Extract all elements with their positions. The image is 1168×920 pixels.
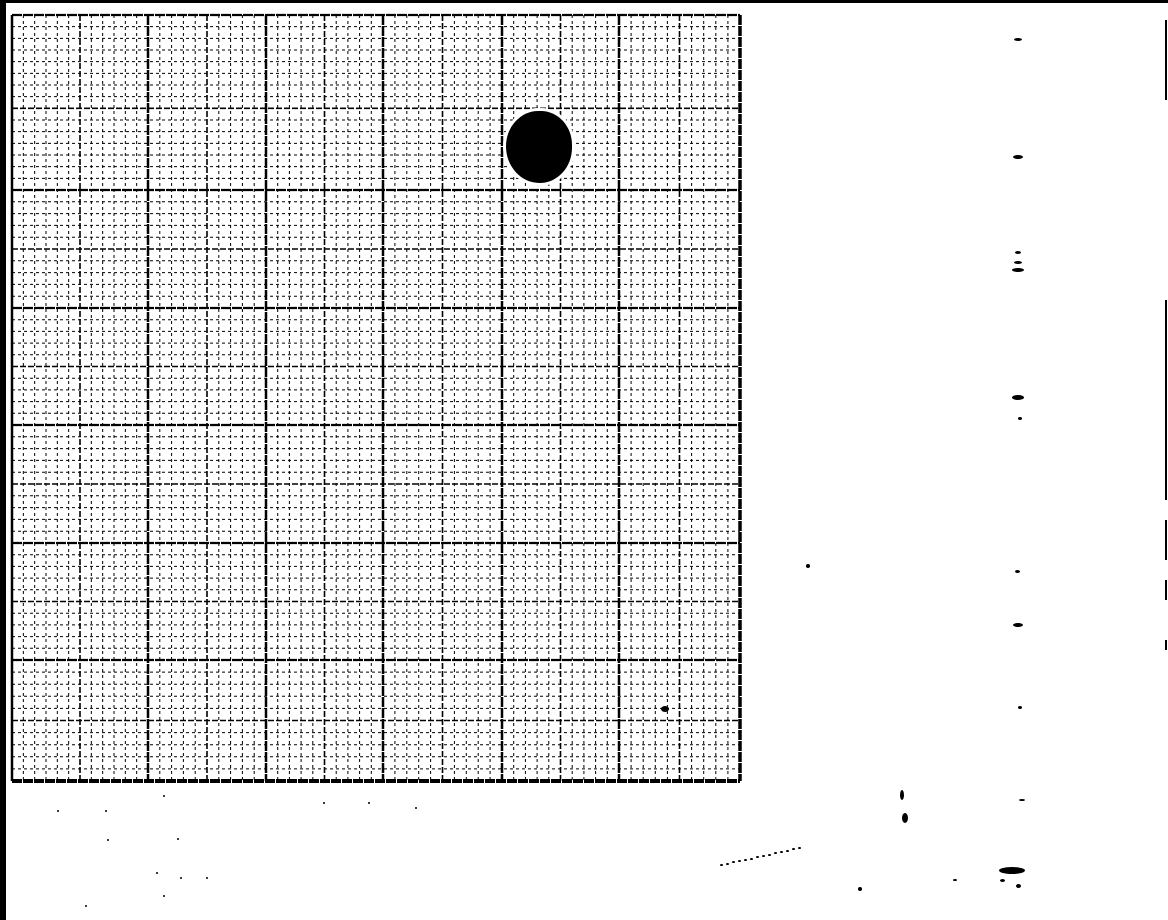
scan-speck [953, 879, 957, 881]
scan-speck [1012, 395, 1024, 400]
scan-speck [999, 867, 1025, 874]
scan-speck [323, 802, 325, 804]
scan-speck [1000, 879, 1005, 882]
scan-speck [206, 877, 208, 879]
scan-speck [85, 905, 87, 907]
scan-speck [720, 864, 723, 866]
scan-speck [1018, 417, 1022, 420]
scan-speck [744, 859, 747, 861]
scanned-page [0, 0, 1168, 920]
scan-speck [1012, 268, 1024, 272]
scan-speck [1018, 706, 1022, 709]
scan-speck [780, 851, 783, 853]
scan-speck [806, 564, 810, 568]
scan-speck [858, 887, 862, 891]
scan-speck [105, 810, 107, 812]
scan-speck [1013, 155, 1023, 159]
scan-speck [1014, 261, 1022, 264]
scan-speck [156, 872, 158, 874]
scan-speck [661, 706, 669, 712]
scan-speck [726, 863, 729, 865]
scan-speck [57, 810, 59, 812]
scan-speck [1019, 799, 1025, 801]
scan-speck [786, 850, 789, 852]
scan-speck [902, 813, 908, 823]
graph-paper-grid [0, 0, 1168, 920]
scan-speck [107, 839, 109, 841]
scan-speck [368, 802, 370, 804]
scan-speck [750, 858, 753, 860]
scan-speck [1015, 251, 1021, 254]
scan-speck [1014, 38, 1022, 41]
scan-speck [762, 855, 765, 857]
scan-speck [163, 795, 165, 797]
scan-speck [415, 807, 417, 809]
scan-speck [177, 838, 179, 840]
scan-speck [1013, 623, 1023, 627]
scan-speck [768, 854, 771, 856]
scan-speck [1015, 570, 1020, 573]
scan-speck [1016, 884, 1021, 888]
punch-hole-icon [506, 111, 572, 183]
scan-speck [163, 895, 165, 897]
scan-speck [180, 877, 182, 879]
scan-speck [900, 790, 904, 800]
